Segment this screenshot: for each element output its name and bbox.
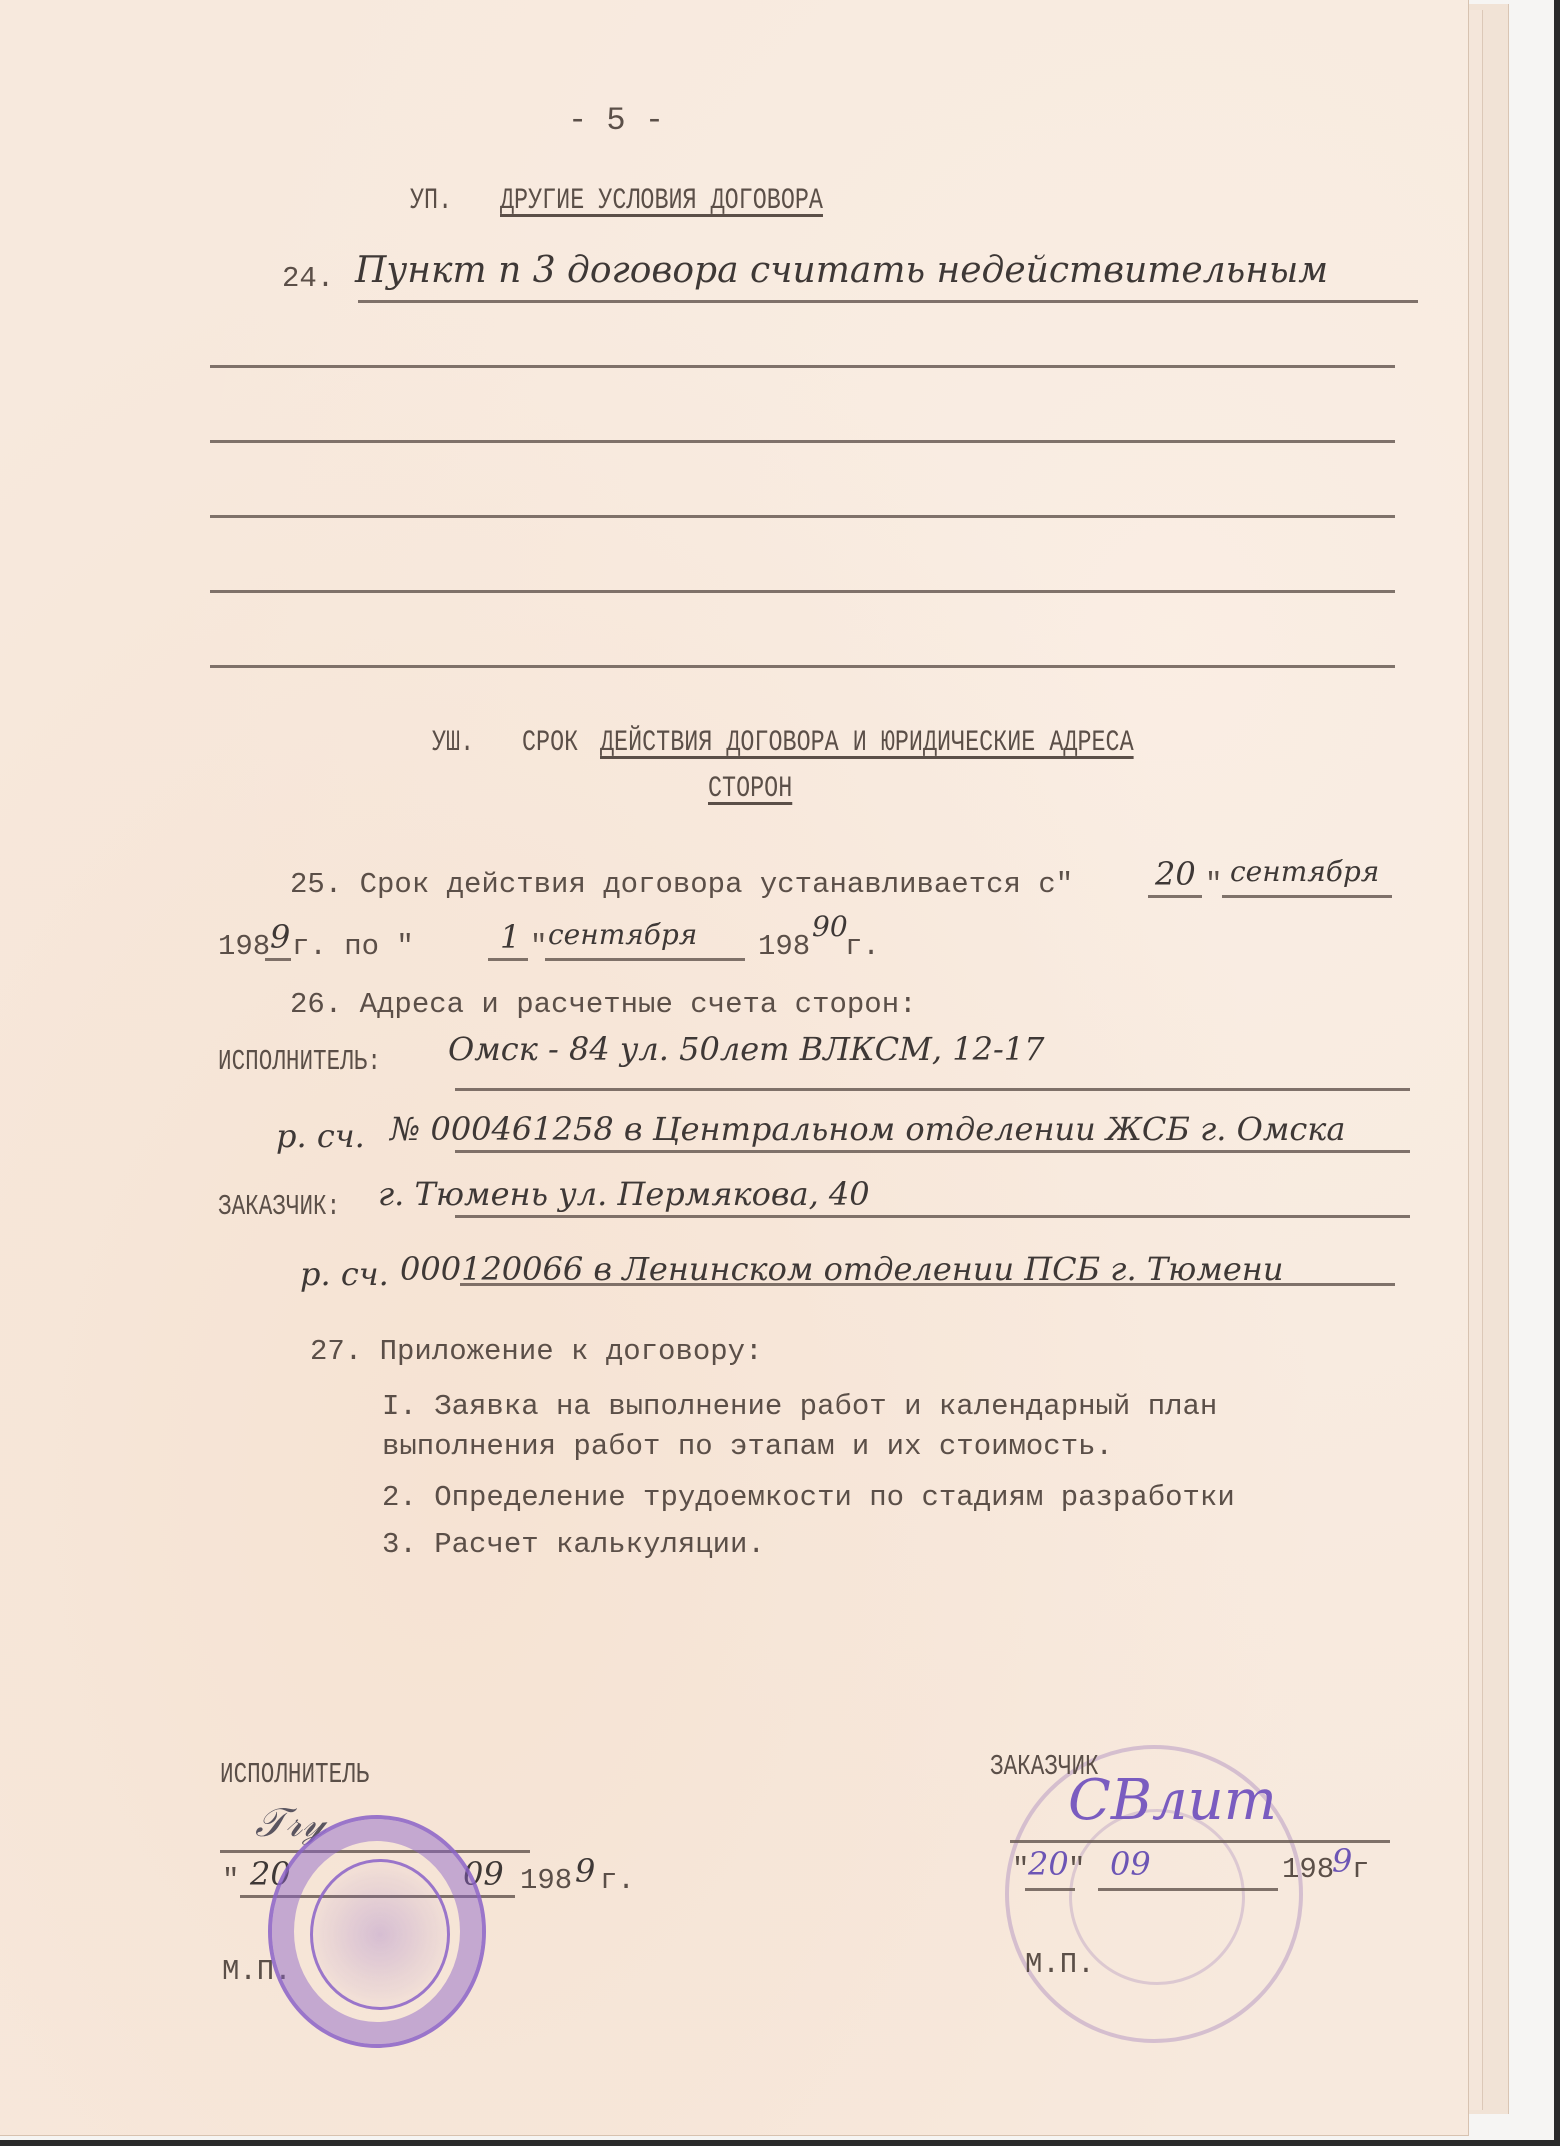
item-25-text: 25. Срок действия договора устанавливает… xyxy=(290,868,1073,901)
section-7-number: УП. xyxy=(410,184,452,218)
end-year-suffix: г. xyxy=(845,930,880,963)
blank-line xyxy=(210,365,1395,368)
blank-line xyxy=(210,590,1395,593)
date-by-text: г. по " xyxy=(292,930,414,963)
section-8-heading-a: СРОК xyxy=(522,726,578,760)
attachment-item: 2. Определение трудоемкости по стадиям р… xyxy=(382,1481,1235,1514)
executor-account: № 000461258 в Центральном отделении ЖСБ … xyxy=(390,1110,1345,1148)
customer-account-label: р. сч. xyxy=(300,1255,389,1293)
executor-year-digit: 9 xyxy=(575,1852,595,1890)
customer-signature: СВлит xyxy=(1068,1768,1277,1833)
page-number: - 5 - xyxy=(568,102,664,139)
end-year-prefix: 198 xyxy=(758,930,810,963)
fill-line xyxy=(265,958,291,961)
executor-date-quote: " xyxy=(222,1864,239,1897)
fill-line xyxy=(488,958,528,961)
customer-year-suffix: г xyxy=(1352,1853,1369,1886)
item-24-number: 24. xyxy=(282,262,334,295)
attachment-item: 3. Расчет калькуляции. xyxy=(382,1528,765,1561)
end-year-digits: 90 xyxy=(812,910,848,943)
section-8-heading-line2: СТОРОН xyxy=(708,772,792,806)
customer-address: г. Тюмень ул. Пермякова, 40 xyxy=(378,1175,870,1213)
fill-line xyxy=(455,1150,1410,1153)
item-27-title: 27. Приложение к договору: xyxy=(310,1335,762,1368)
end-month: сентября xyxy=(548,918,697,951)
customer-seal-label: М.П. xyxy=(1025,1948,1095,1981)
start-month: сентября xyxy=(1230,855,1379,888)
scanner-border xyxy=(1554,0,1560,2146)
customer-date-month: 09 xyxy=(1110,1845,1151,1883)
executor-address: Омск - 84 ул. 50лет ВЛКСМ, 12-17 xyxy=(448,1030,1045,1068)
start-day: 20 xyxy=(1155,855,1196,893)
customer-date-quote-close: " xyxy=(1068,1853,1085,1886)
scanner-border xyxy=(0,2140,1560,2146)
fill-line xyxy=(460,1283,1395,1286)
fill-line xyxy=(1222,895,1392,898)
blank-line xyxy=(210,440,1395,443)
customer-date-day: 20 xyxy=(1028,1845,1069,1883)
fill-line xyxy=(358,300,1418,303)
start-year-prefix: 198 xyxy=(218,930,270,963)
executor-year-prefix: 198 xyxy=(520,1864,572,1897)
customer-year-digit: 9 xyxy=(1332,1842,1352,1880)
executor-label: ИСПОЛНИТЕЛЬ: xyxy=(218,1045,381,1078)
executor-year-suffix: г. xyxy=(600,1864,635,1897)
section-7-heading: ДРУГИЕ УСЛОВИЯ ДОГОВОРА xyxy=(500,184,823,218)
section-8-number: УШ. xyxy=(432,726,474,760)
blank-line xyxy=(210,665,1395,668)
fill-line xyxy=(455,1215,1410,1218)
fill-line xyxy=(1025,1888,1075,1891)
stamp-inner-ring xyxy=(1069,1809,1245,1985)
start-year-digit: 9 xyxy=(270,918,290,956)
attachment-item-cont: выполнения работ по этапам и их стоимост… xyxy=(382,1430,1113,1463)
item-24-handwritten: Пункт п 3 договора считать недействитель… xyxy=(355,250,1328,291)
executor-sign-label: ИСПОЛНИТЕЛЬ xyxy=(220,1758,369,1791)
executor-account-label: р. сч. xyxy=(276,1117,365,1155)
attachment-item: I. Заявка на выполнение работ и календар… xyxy=(382,1390,1217,1423)
fill-line xyxy=(1098,1888,1278,1891)
fill-line xyxy=(455,1088,1410,1091)
fill-line xyxy=(1148,895,1202,898)
item-26-title: 26. Адреса и расчетные счета сторон: xyxy=(290,988,917,1021)
emblem-icon xyxy=(310,1859,450,2010)
quote-close: " xyxy=(1205,868,1222,901)
fill-line xyxy=(545,958,745,961)
customer-year-prefix: 198 xyxy=(1282,1853,1334,1886)
end-day: 1 xyxy=(500,918,520,956)
blank-line xyxy=(210,515,1395,518)
customer-date-quote-open: " xyxy=(1012,1853,1029,1886)
section-8-heading-b: ДЕЙСТВИЯ ДОГОВОРА И ЮРИДИЧЕСКИЕ АДРЕСА xyxy=(600,726,1134,760)
executor-stamp xyxy=(268,1815,486,2048)
customer-label: ЗАКАЗЧИК: xyxy=(218,1190,340,1223)
